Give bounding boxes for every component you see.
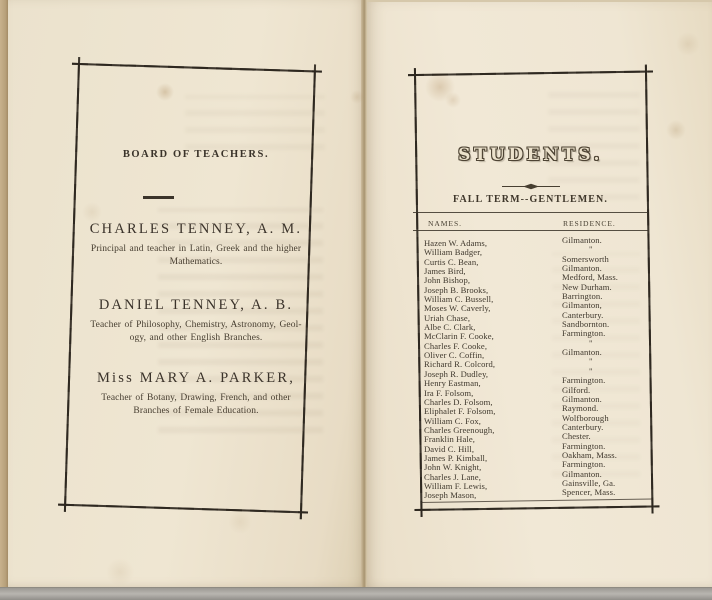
teacher-name: Miss MARY A. PARKER,	[82, 370, 310, 387]
teacher-description-line: Teacher of Botany, Drawing, French, and …	[82, 392, 310, 405]
teacher-name: DANIEL TENNEY, A. B.	[82, 297, 310, 314]
student-residence: Farmington.	[562, 329, 662, 338]
column-header-residence: RESIDENCE.	[563, 219, 616, 228]
open-book-scan: BOARD OF TEACHERS. CHARLES TENNEY, A. M.…	[0, 0, 712, 600]
teacher-description-line: Mathematics.	[82, 256, 310, 269]
teacher-description-line: ogy, and other English Branches.	[82, 332, 310, 345]
teacher-description-line: Teacher of Philosophy, Chemistry, Astron…	[82, 319, 310, 332]
teacher-entry: Miss MARY A. PARKER, Teacher of Botany, …	[82, 370, 310, 418]
students-page-title: STUDENTS.	[414, 145, 647, 165]
student-residence: "	[562, 357, 662, 366]
student-residence-column: Gilmanton."SomersworthGilmanton.Medford,…	[562, 236, 662, 498]
teacher-name: CHARLES TENNEY, A. M.	[82, 221, 310, 238]
student-residence: Spencer, Mass.	[562, 488, 662, 497]
teacher-entry: DANIEL TENNEY, A. B. Teacher of Philosop…	[82, 297, 310, 345]
student-names-column: Hazen W. Adams,William Badger,Curtis C. …	[424, 239, 564, 501]
diamond-rule-icon	[502, 182, 560, 191]
teachers-list: CHARLES TENNEY, A. M. Principal and teac…	[82, 0, 310, 520]
fall-term-subtitle: FALL TERM--GENTLEMEN.	[414, 194, 647, 205]
teacher-description: Teacher of Botany, Drawing, French, and …	[82, 392, 310, 418]
student-residence: Gilmanton.	[562, 236, 662, 245]
book-bottom-edge	[0, 587, 712, 600]
teacher-description: Principal and teacher in Latin, Greek an…	[82, 243, 310, 269]
teacher-description-line: Principal and teacher in Latin, Greek an…	[82, 243, 310, 256]
column-header-names: NAMES.	[428, 219, 462, 228]
table-header-rule-top	[413, 212, 648, 213]
student-name: Joseph Mason,	[424, 491, 564, 500]
book-backing-edge	[0, 0, 8, 600]
teacher-description-line: Branches of Female Education.	[82, 405, 310, 418]
teacher-entry: CHARLES TENNEY, A. M. Principal and teac…	[82, 221, 310, 269]
teacher-description: Teacher of Philosophy, Chemistry, Astron…	[82, 319, 310, 345]
table-header-rule-bottom	[413, 230, 648, 231]
student-residence: Gilmanton.	[562, 348, 662, 357]
